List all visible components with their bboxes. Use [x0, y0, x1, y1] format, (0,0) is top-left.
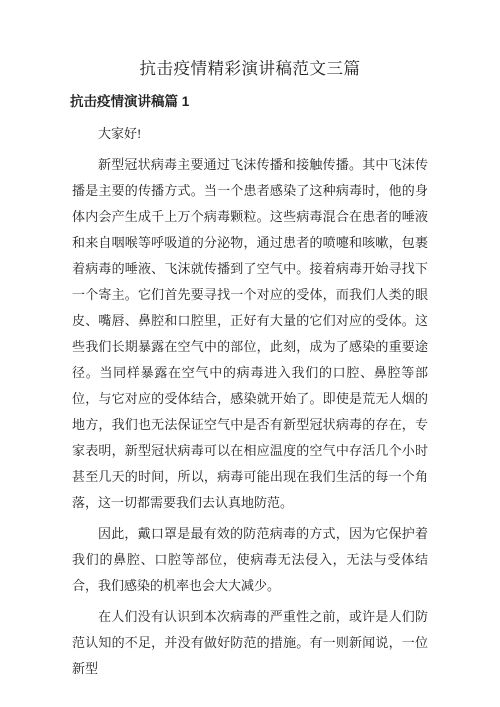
section-heading: 抗击疫情演讲稿篇 1	[70, 93, 428, 110]
paragraph: 在人们没有认识到本次病毒的严重性之前，或许是人们防范认知的不足，并没有做好防范的…	[72, 604, 428, 682]
document-title: 抗击疫情精彩演讲稿范文三篇	[72, 58, 428, 80]
paragraph: 大家好!	[72, 121, 428, 147]
document-body: 大家好!新型冠状病毒主要通过飞沫传播和接触传播。其中飞沫传播是主要的传播方式。当…	[72, 121, 428, 682]
document-page: 抗击疫情精彩演讲稿范文三篇 抗击疫情演讲稿篇 1 大家好!新型冠状病毒主要通过飞…	[0, 0, 500, 707]
paragraph: 新型冠状病毒主要通过飞沫传播和接触传播。其中飞沫传播是主要的传播方式。当一个患者…	[72, 152, 428, 516]
paragraph: 因此，戴口罩是最有效的防范病毒的方式，因为它保护着我们的鼻腔、口腔等部位，使病毒…	[72, 521, 428, 599]
